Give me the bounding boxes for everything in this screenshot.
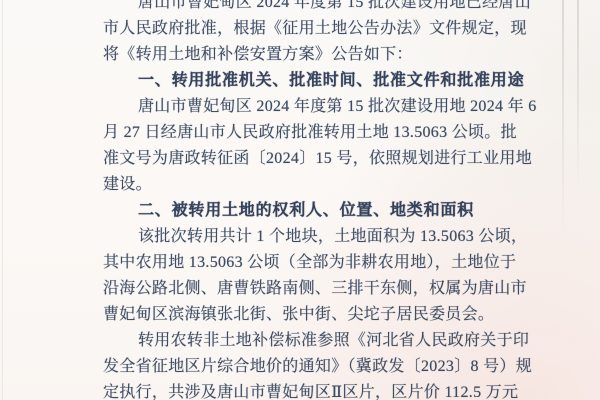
document-text-block: 唐山市曹妃甸区 2024 年度第 15 批次建设用地已经唐山 市人民政府批准，根… (103, 0, 525, 400)
section-2-line-4: 曹妃甸区滨海镇张北街、张中街、尖坨子居民委员会。 (103, 302, 525, 328)
scan-crease-line-right-1 (562, 0, 564, 240)
intro-line-3: 将《转用土地和补偿安置方案》公告如下： (103, 42, 525, 68)
intro-line-2: 市人民政府批准，根据《征用土地公告办法》文件规定，现 (103, 16, 525, 42)
scan-crease-line-right-2 (577, 0, 579, 190)
section-2-line-1: 该批次转用共计 1 个地块，土地面积为 13.5063 公顷， (103, 224, 525, 250)
section-2-line-7: 定执行，共涉及唐山市曹妃甸区Ⅱ区片，区片价 112.5 万元 (103, 380, 525, 400)
section-1-line-3: 准文号为唐政转征函〔2024〕15 号，依照规划进行工业用地 (103, 146, 525, 172)
scan-crease-line-left (2, 0, 3, 400)
section-2-heading: 二、被转用土地的权利人、位置、地类和面积 (103, 198, 525, 224)
section-2-line-6: 发全省征地区片综合地价的通知》（冀政发〔2023〕8 号）规 (103, 354, 525, 380)
document-page: 唐山市曹妃甸区 2024 年度第 15 批次建设用地已经唐山 市人民政府批准，根… (0, 0, 600, 400)
section-2-line-2: 其中农用地 13.5063 公顷（全部为非耕农用地），土地位于 (103, 250, 525, 276)
section-1-line-1: 唐山市曹妃甸区 2024 年度第 15 批次建设用地 2024 年 6 (103, 94, 525, 120)
section-1-line-4: 建设。 (103, 172, 525, 198)
section-2-line-5: 转用农转非土地补偿标准参照《河北省人民政府关于印 (103, 328, 525, 354)
section-2-line-3: 沿海公路北侧、唐曹铁路南侧、三排干东侧，权属为唐山市 (103, 276, 525, 302)
intro-line-1: 唐山市曹妃甸区 2024 年度第 15 批次建设用地已经唐山 (103, 0, 525, 16)
section-1-line-2: 月 27 日经唐山市人民政府批准转用土地 13.5063 公顷。批 (103, 120, 525, 146)
section-1-heading: 一、转用批准机关、批准时间、批准文件和批准用途 (103, 68, 525, 94)
